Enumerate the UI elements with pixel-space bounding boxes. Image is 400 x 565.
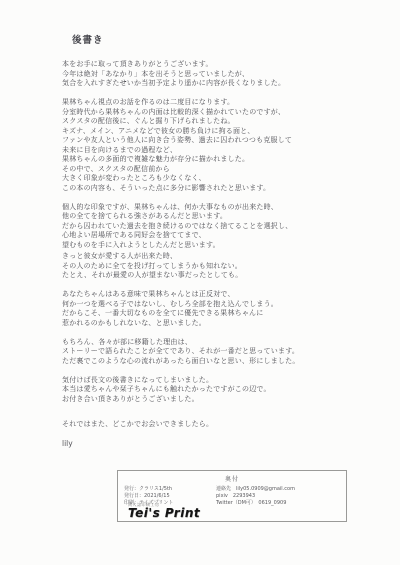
colophon-publisher: 発行：クラリス1/5th	[124, 486, 212, 493]
afterword-line: スクスタの配信後に、ぐんと掘り下げられましたね。	[62, 117, 378, 127]
afterword-line: 気付けば長文の後書きになってしまいました。	[62, 376, 378, 386]
afterword-line: 気合を入れすぎたせいか当初予定より遥かに内容が長くなりました。	[62, 79, 378, 89]
afterword-content: 後書き 本をお手に取って頂きありがとうございます。 今年は絶対「あなかり」本を出…	[62, 32, 378, 448]
afterword-line: その人のために全てを投げ打ってしまうかも知れない。	[62, 262, 378, 272]
printer-logo: 同人誌印刷工房 Tei's Print	[128, 503, 200, 519]
afterword-line: 分室時代から果林ちゃんの内面は比較的深く描かれていたのですが、	[62, 108, 378, 118]
afterword-line: 本をお手に取って頂きありがとうございます。	[62, 60, 378, 70]
paragraph-thanks: 本をお手に取って頂きありがとうございます。 今年は絶対「あなかり」本を出そうと思…	[62, 60, 378, 89]
paragraph-karin-impression: 個人的な印象ですが、果林ちゃんは、何か大事なものが出来た時、 他の全てを捨てられ…	[62, 203, 378, 281]
afterword-line: 惹かれるのかもしれないな、と思いました。	[62, 319, 378, 329]
author-signature: lily	[62, 439, 378, 448]
afterword-line: 大きく印象が変わったところも少なくなく、	[62, 174, 378, 184]
colophon-publish-date: 発行日：2021/6/15	[124, 493, 212, 500]
afterword-line: その中で、スクスタの配信前から	[62, 165, 378, 175]
colophon-title: 奥付	[118, 474, 346, 483]
afterword-line: お付き合い頂きありがとうございました。	[62, 395, 378, 405]
afterword-line: 果林ちゃん視点のお話を作るのは二度目になります。	[62, 98, 378, 108]
afterword-line: それではまた、どこかでお会いできましたら。	[62, 420, 378, 430]
afterword-line: 望むものを手に入れようとしたんだと思います。	[62, 241, 378, 251]
paragraph-story-note: もちろん、各々が部に移籍した理由は、 ストーリーで語られたことが全てであり、それ…	[62, 338, 378, 367]
afterword-line: だから囚われていた過去を抱き続けるのではなく捨てることを選択し、	[62, 222, 378, 232]
afterword-line: 何か一つを選べる子ではないし、むしろ全部を抱え込んでしまう。	[62, 300, 378, 310]
afterword-line: キズナ、メイン、アニメなどで彼女の勝ち負けに拘る面と、	[62, 127, 378, 137]
afterword-line: あなたちゃんはある意味で果林ちゃんとは正反対で、	[62, 290, 378, 300]
afterword-line: ファンや友人という他人に向き合う姿勢、過去に囚われつつも克服して	[62, 136, 378, 146]
afterword-line: 果林ちゃんの多面的で複雑な魅力が存分に描かれました。	[62, 155, 378, 165]
page-title: 後書き	[72, 32, 378, 46]
afterword-page: 後書き 本をお手に取って頂きありがとうございます。 今年は絶対「あなかり」本を出…	[0, 0, 400, 565]
afterword-line: 未来に目を向けるまでの過程など、	[62, 146, 378, 156]
afterword-line: 心地よい居場所である同好会を捨ててまで、	[62, 231, 378, 241]
afterword-line: ストーリーで語られたことが全てであり、それが一番だと思っています。	[62, 347, 378, 357]
afterword-line: 今年は絶対「あなかり」本を出そうと思っていましたが、	[62, 70, 378, 80]
colophon-twitter-id: Twitter（DM可） 0619_0909	[216, 500, 295, 507]
afterword-line: たとえ、それが最愛の人が望まない事だったとしても。	[62, 271, 378, 281]
colophon-pixiv-id: pixiv 2293943	[216, 493, 295, 500]
afterword-line: 他の全てを捨てられる強さがあるんだと思います。	[62, 212, 378, 222]
afterword-line: もちろん、各々が部に移籍した理由は、	[62, 338, 378, 348]
afterword-line: 個人的な印象ですが、果林ちゃんは、何か大事なものが出来た時、	[62, 203, 378, 213]
colophon-contact-email: 連絡先 lily05.0909@gmail.com	[216, 486, 295, 493]
afterword-line: だからこそ、一番大切なものを全てに優先できる果林ちゃんに	[62, 309, 378, 319]
afterword-line: この本の内容も、そういった点に多分に影響されたと思います。	[62, 184, 378, 194]
afterword-line: きっと彼女が愛する人が出来た時、	[62, 252, 378, 262]
colophon-right-column: 連絡先 lily05.0909@gmail.com pixiv 2293943 …	[216, 486, 295, 507]
colophon-box: 奥付 発行：クラリス1/5th 発行日：2021/6/15 印刷：テイズプリント…	[117, 470, 347, 522]
paragraph-farewell: それではまた、どこかでお会いできましたら。	[62, 420, 378, 430]
paragraph-karin-story: 果林ちゃん視点のお話を作るのは二度目になります。 分室時代から果林ちゃんの内面は…	[62, 98, 378, 193]
afterword-line: 本当は愛ちゃんや栞子ちゃんにも触れたかったですがこの辺で。	[62, 385, 378, 395]
afterword-line: ただ裏でこのような心の流れがあったら面白いなと思い、形にしました。	[62, 357, 378, 367]
paragraph-anata: あなたちゃんはある意味で果林ちゃんとは正反対で、 何か一つを選べる子ではないし、…	[62, 290, 378, 328]
printer-logo-wordmark: Tei's Print	[128, 507, 200, 519]
paragraph-closing: 気付けば長文の後書きになってしまいました。 本当は愛ちゃんや栞子ちゃんにも触れた…	[62, 376, 378, 405]
